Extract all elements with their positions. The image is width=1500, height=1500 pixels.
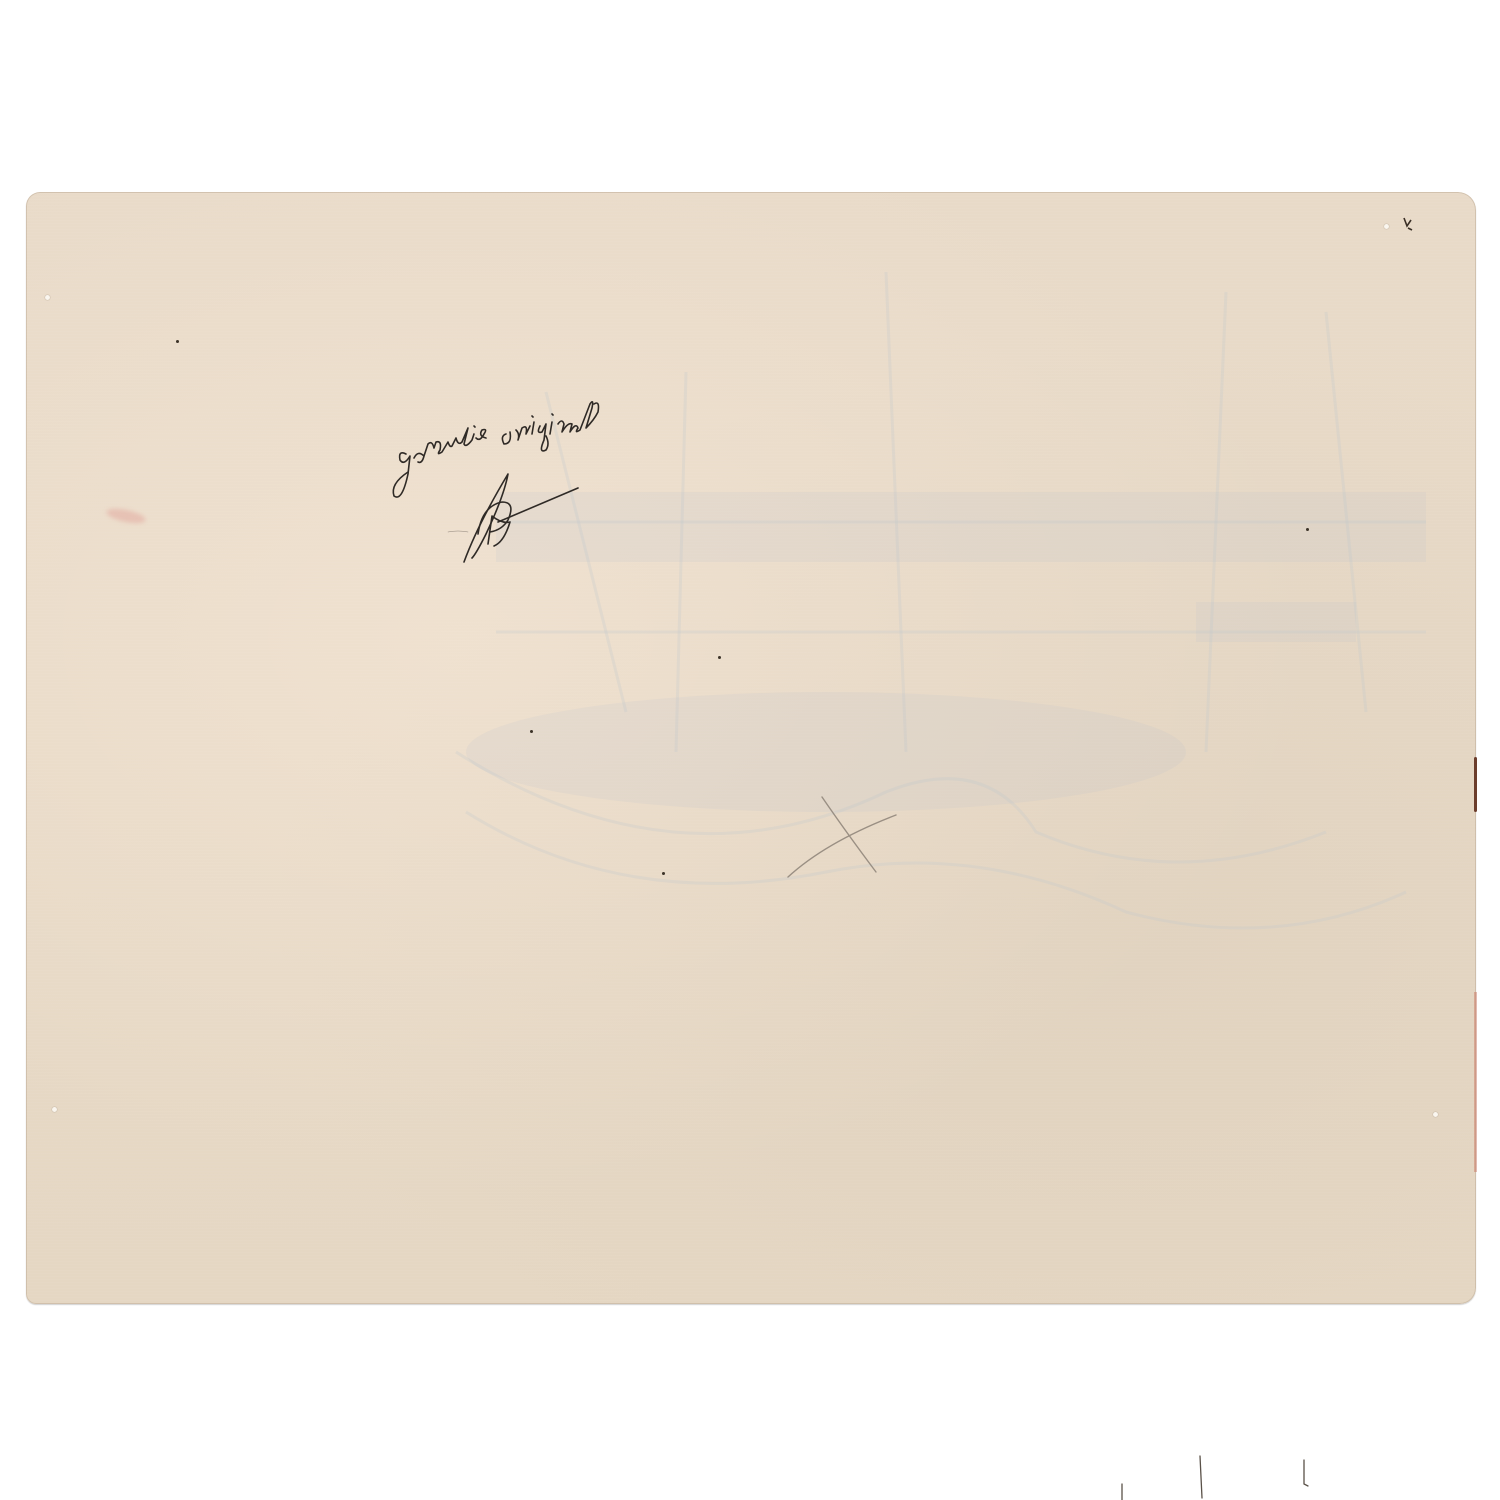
corner-ink-mark [1402,214,1416,234]
inscription-script [378,384,678,574]
handwritten-inscription: garantie original [378,384,678,574]
pinhole [45,295,50,300]
pinhole [1384,224,1389,229]
speck [662,872,665,875]
speck [718,656,721,659]
edge-wear [1474,992,1477,1172]
artwork-back-board: garantie original [26,192,1476,1304]
speck [1306,528,1309,531]
speck [530,730,533,733]
pencil-edge-ticks [1106,1442,1326,1500]
speck [176,340,179,343]
ship-show-through [26,192,1476,1304]
pinhole [52,1107,57,1112]
pencil-x-mark [786,787,906,882]
pinhole [1433,1112,1438,1117]
edge-wear [1474,757,1477,812]
inscription-text: garantie original [378,384,379,385]
pink-stain [105,506,147,526]
